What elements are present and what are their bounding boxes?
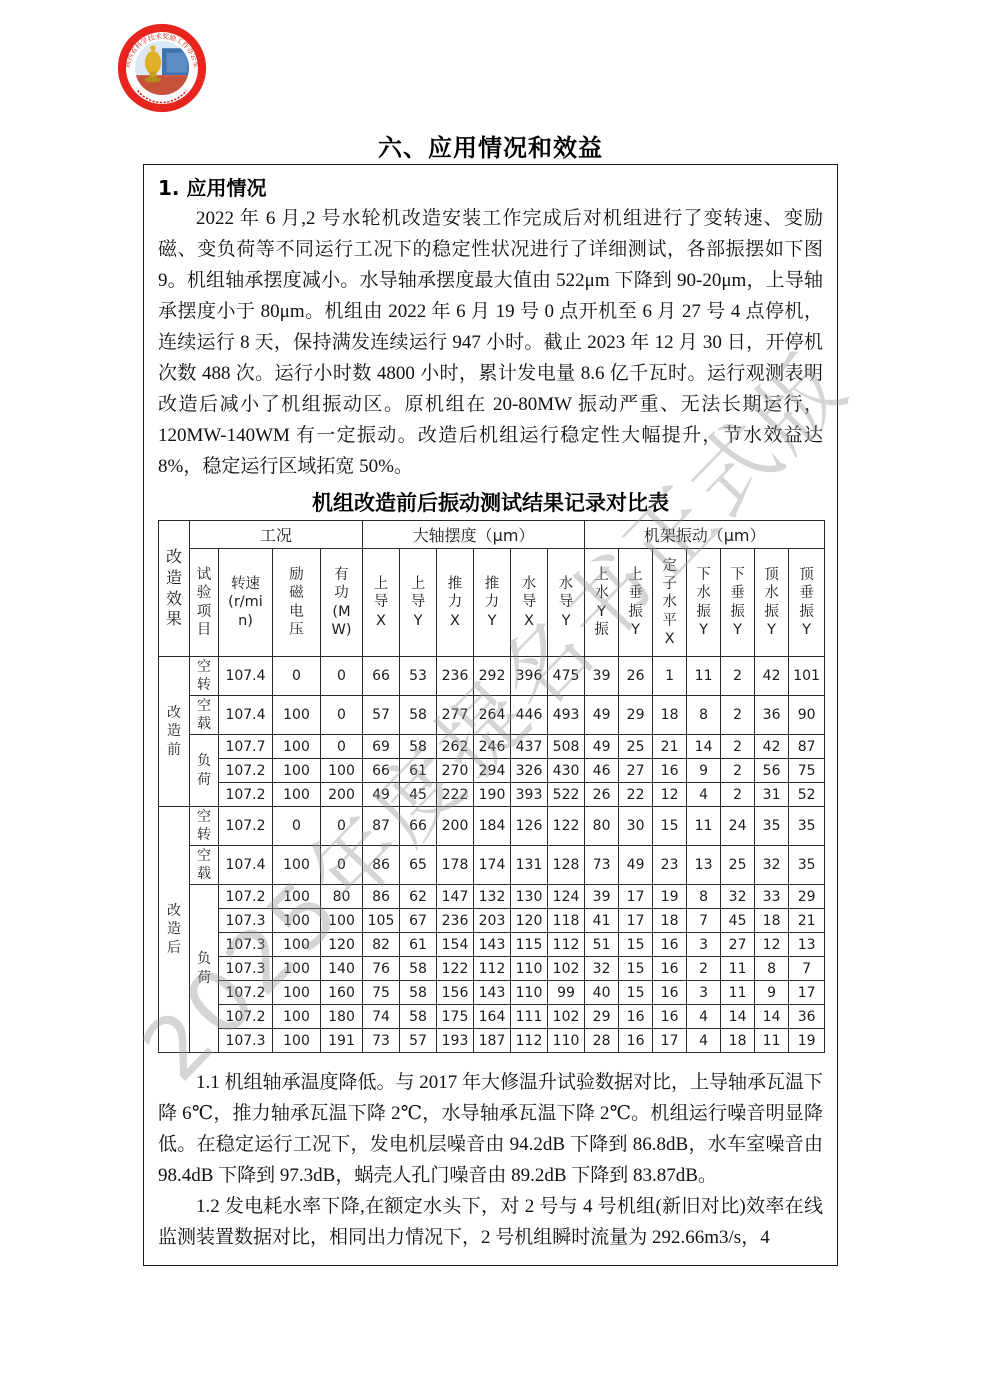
table-cell: 14 bbox=[721, 1005, 755, 1029]
table-cell: 18 bbox=[721, 1029, 755, 1053]
header-group-row: 改 造 效 果 工况 大轴摆度（μm） 机架振动（μm） bbox=[159, 521, 825, 549]
table-cell: 132 bbox=[474, 885, 511, 909]
table-cell: 101 bbox=[789, 657, 825, 696]
table-cell: 32 bbox=[721, 885, 755, 909]
column-header: 励 磁 电 压 bbox=[273, 549, 321, 657]
table-cell: 58 bbox=[400, 1005, 437, 1029]
table-cell: 107.2 bbox=[219, 783, 273, 807]
table-cell: 58 bbox=[400, 735, 437, 759]
table-cell: 42 bbox=[755, 735, 789, 759]
table-cell: 67 bbox=[400, 909, 437, 933]
table-cell: 15 bbox=[653, 807, 687, 846]
table-cell: 1 bbox=[653, 657, 687, 696]
table-cell: 49 bbox=[363, 783, 400, 807]
table-cell: 17 bbox=[789, 981, 825, 1005]
table-cell: 32 bbox=[755, 846, 789, 885]
table-cell: 105 bbox=[363, 909, 400, 933]
column-header: 上 水 Y 振 bbox=[585, 549, 619, 657]
table-cell: 187 bbox=[474, 1029, 511, 1053]
table-cell: 107.3 bbox=[219, 1029, 273, 1053]
paragraph-bearing-temperature: 1.1 机组轴承温度降低。与 2017 年大修温升试验数据对比，上导轴承瓦温下降… bbox=[158, 1067, 823, 1191]
intro-paragraph: 2022 年 6 月,2 号水轮机改造安装工作完成后对机组进行了变转速、变励磁、… bbox=[158, 203, 823, 482]
table-cell: 82 bbox=[363, 933, 400, 957]
table-cell: 156 bbox=[437, 981, 474, 1005]
table-cell: 87 bbox=[363, 807, 400, 846]
table-cell: 393 bbox=[511, 783, 548, 807]
table-cell: 12 bbox=[653, 783, 687, 807]
table-cell: 49 bbox=[585, 735, 619, 759]
table-cell: 107.4 bbox=[219, 657, 273, 696]
column-header: 下 水 振 Y bbox=[687, 549, 721, 657]
trophy-icon bbox=[145, 51, 161, 74]
table-cell: 264 bbox=[474, 696, 511, 735]
table-cell: 292 bbox=[474, 657, 511, 696]
table-cell: 437 bbox=[511, 735, 548, 759]
table-cell: 66 bbox=[363, 657, 400, 696]
table-cell: 0 bbox=[321, 846, 363, 885]
table-cell: 29 bbox=[585, 1005, 619, 1029]
table-cell: 16 bbox=[653, 1005, 687, 1029]
table-cell: 11 bbox=[755, 1029, 789, 1053]
table-cell: 75 bbox=[789, 759, 825, 783]
table-cell: 26 bbox=[585, 783, 619, 807]
table-cell: 174 bbox=[474, 846, 511, 885]
table-cell: 110 bbox=[548, 1029, 585, 1053]
table-cell: 446 bbox=[511, 696, 548, 735]
table-cell: 8 bbox=[687, 885, 721, 909]
table-cell: 35 bbox=[789, 807, 825, 846]
trophy-top bbox=[150, 46, 155, 51]
table-cell: 2 bbox=[721, 759, 755, 783]
table-cell: 28 bbox=[585, 1029, 619, 1053]
table-cell: 236 bbox=[437, 657, 474, 696]
table-cell: 16 bbox=[619, 1005, 653, 1029]
table-cell: 7 bbox=[789, 957, 825, 981]
table-cell: 36 bbox=[789, 1005, 825, 1029]
table-cell: 4 bbox=[687, 1029, 721, 1053]
table-cell: 122 bbox=[548, 807, 585, 846]
table-cell: 508 bbox=[548, 735, 585, 759]
table-cell: 2 bbox=[687, 957, 721, 981]
table-cell: 107.3 bbox=[219, 909, 273, 933]
condition-label: 负 荷 bbox=[190, 735, 219, 807]
table-cell: 49 bbox=[585, 696, 619, 735]
table-cell: 53 bbox=[400, 657, 437, 696]
table-cell: 22 bbox=[619, 783, 653, 807]
table-cell: 9 bbox=[755, 981, 789, 1005]
building-windows bbox=[167, 53, 188, 73]
table-cell: 87 bbox=[789, 735, 825, 759]
table-cell: 115 bbox=[511, 933, 548, 957]
table-row: 107.310019173571931871121102816174181119 bbox=[159, 1029, 825, 1053]
table-cell: 160 bbox=[321, 981, 363, 1005]
table-cell: 0 bbox=[273, 807, 321, 846]
table-cell: 4 bbox=[687, 783, 721, 807]
table-cell: 203 bbox=[474, 909, 511, 933]
table-cell: 51 bbox=[585, 933, 619, 957]
table-cell: 35 bbox=[755, 807, 789, 846]
table-cell: 86 bbox=[363, 846, 400, 885]
table-cell: 110 bbox=[511, 981, 548, 1005]
table-cell: 73 bbox=[585, 846, 619, 885]
table-cell: 30 bbox=[619, 807, 653, 846]
table-cell: 200 bbox=[321, 783, 363, 807]
table-cell: 107.4 bbox=[219, 846, 273, 885]
column-header: 水 导 Y bbox=[548, 549, 585, 657]
table-cell: 16 bbox=[653, 933, 687, 957]
column-header: 上 导 X bbox=[363, 549, 400, 657]
condition-label: 空 转 bbox=[190, 807, 219, 846]
table-row: 107.2100160755815614311099401516311917 bbox=[159, 981, 825, 1005]
table-cell: 294 bbox=[474, 759, 511, 783]
table-cell: 9 bbox=[687, 759, 721, 783]
table-cell: 193 bbox=[437, 1029, 474, 1053]
table-row: 负 荷107.710006958262246437508492521142428… bbox=[159, 735, 825, 759]
table-cell: 100 bbox=[273, 933, 321, 957]
table-cell: 14 bbox=[755, 1005, 789, 1029]
table-cell: 190 bbox=[474, 783, 511, 807]
table-cell: 25 bbox=[619, 735, 653, 759]
table-cell: 120 bbox=[321, 933, 363, 957]
table-cell: 100 bbox=[273, 1029, 321, 1053]
table-cell: 16 bbox=[653, 981, 687, 1005]
table-row: 107.21001006661270294326430462716925675 bbox=[159, 759, 825, 783]
column-header: 推 力 X bbox=[437, 549, 474, 657]
column-header: 上 导 Y bbox=[400, 549, 437, 657]
table-row: 改 造 前空 转107.4006653236292396475392611124… bbox=[159, 657, 825, 696]
table-cell: 2 bbox=[721, 735, 755, 759]
table-cell: 3 bbox=[687, 981, 721, 1005]
table-cell: 21 bbox=[653, 735, 687, 759]
table-cell: 100 bbox=[273, 735, 321, 759]
table-cell: 200 bbox=[437, 807, 474, 846]
table-cell: 19 bbox=[653, 885, 687, 909]
condition-label: 空 载 bbox=[190, 846, 219, 885]
table-cell: 100 bbox=[273, 846, 321, 885]
table-cell: 62 bbox=[400, 885, 437, 909]
table-cell: 75 bbox=[363, 981, 400, 1005]
table-cell: 130 bbox=[511, 885, 548, 909]
table-cell: 262 bbox=[437, 735, 474, 759]
table-cell: 222 bbox=[437, 783, 474, 807]
table-row: 107.310012082611541431151125115163271213 bbox=[159, 933, 825, 957]
table-cell: 31 bbox=[755, 783, 789, 807]
table-cell: 107.2 bbox=[219, 1005, 273, 1029]
col-group-condition: 工况 bbox=[190, 521, 363, 549]
table-cell: 23 bbox=[653, 846, 687, 885]
table-cell: 41 bbox=[585, 909, 619, 933]
column-header: 水 导 X bbox=[511, 549, 548, 657]
table-cell: 270 bbox=[437, 759, 474, 783]
table-cell: 7 bbox=[687, 909, 721, 933]
table-cell: 180 bbox=[321, 1005, 363, 1029]
table-row: 107.3100140765812211211010232151621187 bbox=[159, 957, 825, 981]
row-group-label: 改 造 后 bbox=[159, 807, 190, 1053]
header-sub-row: 试 验 项 目转速 (r/mi n)励 磁 电 压有 功 (M W)上 导 X上… bbox=[159, 549, 825, 657]
table-cell: 18 bbox=[653, 909, 687, 933]
table-cell: 11 bbox=[721, 981, 755, 1005]
table-cell: 17 bbox=[653, 1029, 687, 1053]
table-cell: 58 bbox=[400, 957, 437, 981]
table-cell: 65 bbox=[400, 846, 437, 885]
table-cell: 107.7 bbox=[219, 735, 273, 759]
table-cell: 2 bbox=[721, 783, 755, 807]
column-header: 顶 水 振 Y bbox=[755, 549, 789, 657]
table-cell: 8 bbox=[687, 696, 721, 735]
table-cell: 29 bbox=[789, 885, 825, 909]
table-cell: 107.2 bbox=[219, 807, 273, 846]
table-cell: 475 bbox=[548, 657, 585, 696]
table-cell: 29 bbox=[619, 696, 653, 735]
table-cell: 58 bbox=[400, 981, 437, 1005]
corner-header: 改 造 效 果 bbox=[159, 521, 190, 657]
column-header: 上 垂 振 Y bbox=[619, 549, 653, 657]
table-cell: 522 bbox=[548, 783, 585, 807]
table-cell: 76 bbox=[363, 957, 400, 981]
seal-graphic: 陕西省科学技术奖励工作办公室 bbox=[117, 23, 207, 113]
table-cell: 124 bbox=[548, 885, 585, 909]
table-cell: 122 bbox=[437, 957, 474, 981]
table-cell: 33 bbox=[755, 885, 789, 909]
table-cell: 3 bbox=[687, 933, 721, 957]
table-cell: 16 bbox=[653, 759, 687, 783]
table-cell: 49 bbox=[619, 846, 653, 885]
page-title: 六、应用情况和效益 bbox=[143, 128, 838, 163]
table-cell: 27 bbox=[721, 933, 755, 957]
table-cell: 277 bbox=[437, 696, 474, 735]
table-cell: 100 bbox=[273, 696, 321, 735]
table-row: 空 载107.410005758277264446493492918823690 bbox=[159, 696, 825, 735]
table-cell: 430 bbox=[548, 759, 585, 783]
table-cell: 58 bbox=[400, 696, 437, 735]
table-cell: 143 bbox=[474, 981, 511, 1005]
table-cell: 100 bbox=[321, 909, 363, 933]
column-header: 顶 垂 振 Y bbox=[789, 549, 825, 657]
trophy-base bbox=[145, 77, 161, 82]
table-cell: 246 bbox=[474, 735, 511, 759]
table-cell: 13 bbox=[687, 846, 721, 885]
table-cell: 100 bbox=[273, 957, 321, 981]
table-cell: 74 bbox=[363, 1005, 400, 1029]
table-cell: 178 bbox=[437, 846, 474, 885]
table-cell: 39 bbox=[585, 657, 619, 696]
table-cell: 61 bbox=[400, 759, 437, 783]
table-cell: 0 bbox=[321, 696, 363, 735]
table-cell: 24 bbox=[721, 807, 755, 846]
table-cell: 25 bbox=[721, 846, 755, 885]
table-cell: 15 bbox=[619, 933, 653, 957]
table-cell: 66 bbox=[400, 807, 437, 846]
table-cell: 66 bbox=[363, 759, 400, 783]
table-cell: 0 bbox=[273, 657, 321, 696]
column-header: 推 力 Y bbox=[474, 549, 511, 657]
table-cell: 164 bbox=[474, 1005, 511, 1029]
table-cell: 107.3 bbox=[219, 933, 273, 957]
table-cell: 0 bbox=[321, 657, 363, 696]
table-title: 机组改造前后振动测试结果记录对比表 bbox=[158, 487, 823, 517]
table-cell: 16 bbox=[653, 957, 687, 981]
table-cell: 14 bbox=[687, 735, 721, 759]
table-cell: 236 bbox=[437, 909, 474, 933]
column-header: 转速 (r/mi n) bbox=[219, 549, 273, 657]
table-cell: 120 bbox=[511, 909, 548, 933]
section-heading: 1. 应用情况 bbox=[158, 172, 823, 201]
table-cell: 90 bbox=[789, 696, 825, 735]
column-header: 定 子 水 平 X bbox=[653, 549, 687, 657]
table-cell: 111 bbox=[511, 1005, 548, 1029]
table-cell: 4 bbox=[687, 1005, 721, 1029]
table-cell: 42 bbox=[755, 657, 789, 696]
document-page: 陕西省科学技术奖励工作办公室 六、应用情况和效益 1. 应用情况 2022 年 … bbox=[0, 0, 990, 1399]
table-row: 107.210018074581751641111022916164141436 bbox=[159, 1005, 825, 1029]
table-cell: 80 bbox=[585, 807, 619, 846]
content-box: 1. 应用情况 2022 年 6 月,2 号水轮机改造安装工作完成后对机组进行了… bbox=[143, 164, 838, 1266]
table-cell: 107.3 bbox=[219, 957, 273, 981]
table-cell: 45 bbox=[721, 909, 755, 933]
table-cell: 86 bbox=[363, 885, 400, 909]
paragraph-water-consumption: 1.2 发电耗水率下降,在额定水头下，对 2 号与 4 号机组(新旧对比)效率在… bbox=[158, 1191, 823, 1253]
table-cell: 112 bbox=[511, 1029, 548, 1053]
table-cell: 99 bbox=[548, 981, 585, 1005]
table-row: 负 荷107.210080866214713213012439171983233… bbox=[159, 885, 825, 909]
table-cell: 46 bbox=[585, 759, 619, 783]
table-cell: 11 bbox=[721, 957, 755, 981]
table-cell: 154 bbox=[437, 933, 474, 957]
table-row: 空 载107.410008665178174131128734923132532… bbox=[159, 846, 825, 885]
table-cell: 35 bbox=[789, 846, 825, 885]
table-cell: 107.2 bbox=[219, 981, 273, 1005]
table-cell: 32 bbox=[585, 957, 619, 981]
table-cell: 52 bbox=[789, 783, 825, 807]
table-cell: 102 bbox=[548, 1005, 585, 1029]
row-group-label: 改 造 前 bbox=[159, 657, 190, 807]
table-row: 改 造 后空 转107.2008766200184126122803015112… bbox=[159, 807, 825, 846]
table-cell: 100 bbox=[273, 759, 321, 783]
table-cell: 40 bbox=[585, 981, 619, 1005]
condition-label: 空 转 bbox=[190, 657, 219, 696]
table-cell: 100 bbox=[273, 909, 321, 933]
table-cell: 36 bbox=[755, 696, 789, 735]
table-cell: 8 bbox=[755, 957, 789, 981]
table-cell: 15 bbox=[619, 957, 653, 981]
table-cell: 175 bbox=[437, 1005, 474, 1029]
table-cell: 2 bbox=[721, 657, 755, 696]
award-office-seal: 陕西省科学技术奖励工作办公室 bbox=[117, 23, 207, 113]
table-cell: 69 bbox=[363, 735, 400, 759]
table-cell: 13 bbox=[789, 933, 825, 957]
table-cell: 326 bbox=[511, 759, 548, 783]
table-cell: 107.2 bbox=[219, 759, 273, 783]
table-cell: 191 bbox=[321, 1029, 363, 1053]
col-group-frame-vibration: 机架振动（μm） bbox=[585, 521, 825, 549]
column-header: 试 验 项 目 bbox=[190, 549, 219, 657]
table-cell: 18 bbox=[653, 696, 687, 735]
column-header: 有 功 (M W) bbox=[321, 549, 363, 657]
table-cell: 107.2 bbox=[219, 885, 273, 909]
vibration-comparison-table: 改 造 效 果 工况 大轴摆度（μm） 机架振动（μm） 试 验 项 目转速 (… bbox=[158, 520, 825, 1053]
table-cell: 100 bbox=[273, 885, 321, 909]
table-cell: 73 bbox=[363, 1029, 400, 1053]
table-cell: 147 bbox=[437, 885, 474, 909]
table-cell: 140 bbox=[321, 957, 363, 981]
table-cell: 57 bbox=[400, 1029, 437, 1053]
table-cell: 143 bbox=[474, 933, 511, 957]
table-cell: 131 bbox=[511, 846, 548, 885]
table-cell: 100 bbox=[273, 1005, 321, 1029]
table-cell: 61 bbox=[400, 933, 437, 957]
condition-label: 空 载 bbox=[190, 696, 219, 735]
table-cell: 184 bbox=[474, 807, 511, 846]
table-cell: 126 bbox=[511, 807, 548, 846]
table-cell: 112 bbox=[548, 933, 585, 957]
table-cell: 39 bbox=[585, 885, 619, 909]
table-cell: 396 bbox=[511, 657, 548, 696]
table-cell: 19 bbox=[789, 1029, 825, 1053]
table-cell: 0 bbox=[321, 735, 363, 759]
table-cell: 57 bbox=[363, 696, 400, 735]
table-cell: 0 bbox=[321, 807, 363, 846]
condition-label: 负 荷 bbox=[190, 885, 219, 1053]
table-cell: 112 bbox=[474, 957, 511, 981]
table-cell: 80 bbox=[321, 885, 363, 909]
table-cell: 128 bbox=[548, 846, 585, 885]
table-cell: 16 bbox=[619, 1029, 653, 1053]
table-cell: 100 bbox=[321, 759, 363, 783]
table-cell: 12 bbox=[755, 933, 789, 957]
table-cell: 107.4 bbox=[219, 696, 273, 735]
table-cell: 45 bbox=[400, 783, 437, 807]
table-cell: 493 bbox=[548, 696, 585, 735]
table-cell: 15 bbox=[619, 981, 653, 1005]
table-cell: 17 bbox=[619, 885, 653, 909]
table-cell: 26 bbox=[619, 657, 653, 696]
table-cell: 100 bbox=[273, 783, 321, 807]
col-group-shaft-swing: 大轴摆度（μm） bbox=[363, 521, 585, 549]
table-cell: 27 bbox=[619, 759, 653, 783]
table-cell: 2 bbox=[721, 696, 755, 735]
table-row: 107.21002004945222190393522262212423152 bbox=[159, 783, 825, 807]
table-cell: 102 bbox=[548, 957, 585, 981]
table-cell: 17 bbox=[619, 909, 653, 933]
table-cell: 11 bbox=[687, 807, 721, 846]
table-cell: 56 bbox=[755, 759, 789, 783]
table-cell: 110 bbox=[511, 957, 548, 981]
table-cell: 100 bbox=[273, 981, 321, 1005]
table-row: 107.310010010567236203120118411718745182… bbox=[159, 909, 825, 933]
table-cell: 118 bbox=[548, 909, 585, 933]
table-cell: 18 bbox=[755, 909, 789, 933]
table-cell: 11 bbox=[687, 657, 721, 696]
column-header: 下 垂 振 Y bbox=[721, 549, 755, 657]
table-cell: 21 bbox=[789, 909, 825, 933]
